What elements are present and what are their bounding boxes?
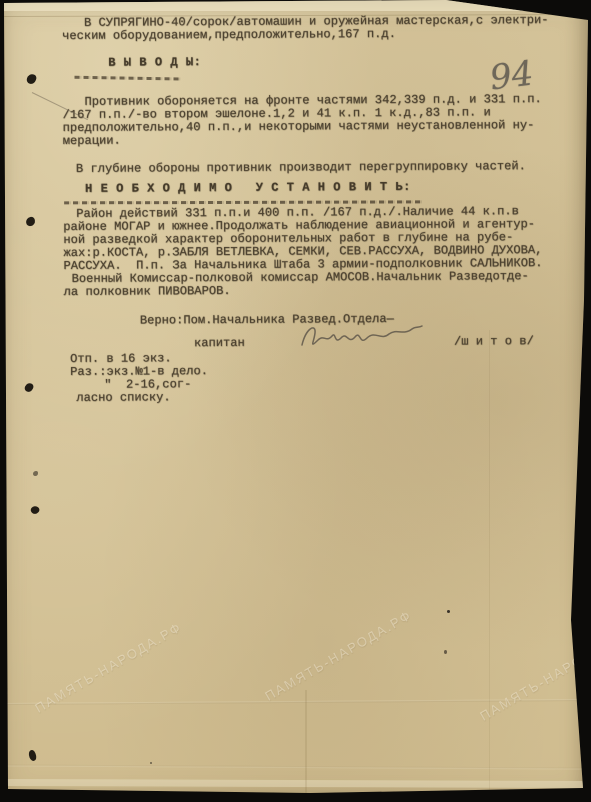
typed-name-line: /ш и т о в/ — [454, 335, 534, 348]
heading-underline — [64, 200, 422, 204]
handwritten-page-number: 94 — [488, 54, 536, 99]
typed-line: /ш и т о в/ — [454, 335, 534, 348]
watermark-text: ПАМЯТЬ-НАРОДА.РФ — [477, 627, 591, 723]
copies-block: Отп. в 16 экз. Раз.:экз.№1-в дело. " 2-1… — [70, 352, 208, 405]
heading-text: В Ы В О Д Ы: — [108, 56, 201, 70]
horizontal-crease — [0, 764, 591, 769]
ink-speck — [150, 762, 152, 764]
paragraph-enemy: Противник обороняется на фронте частями … — [62, 93, 542, 148]
heading-conclusions: В Ы В О Д Ы: — [108, 56, 201, 70]
signature-stroke — [296, 318, 426, 358]
handwritten-signature — [296, 318, 426, 363]
ink-blot — [27, 749, 38, 762]
rank-line: капитан — [194, 337, 245, 350]
heading-establish: Н Е О Б Х О Д И М О У С Т А Н О В И Т Ь: — [85, 181, 411, 196]
paper-top-edge — [0, 0, 591, 11]
punch-hole — [26, 73, 38, 85]
vertical-crease — [305, 690, 307, 795]
punch-hole — [33, 471, 38, 476]
typed-line: В глубине обороны противник производит п… — [63, 160, 526, 176]
punch-hole — [25, 216, 35, 226]
punch-hole — [24, 382, 35, 393]
typed-line: ласно списку. — [70, 391, 208, 405]
scanned-document: ПАМЯТЬ-НАРОДА.РФ ПАМЯТЬ-НАРОДА.РФ ПАМЯТЬ… — [0, 0, 591, 802]
typed-line: ла полковник ПИВОВАРОВ. — [64, 283, 543, 299]
typed-line: капитан — [194, 337, 245, 350]
typed-line: ческим оборудованием,предположительно,16… — [62, 27, 549, 43]
typed-line: мерации. — [63, 132, 542, 148]
paragraph-depth: В глубине обороны противник производит п… — [63, 160, 526, 176]
heading-underline — [74, 76, 180, 81]
watermark-text: ПАМЯТЬ-НАРОДА.РФ — [262, 607, 414, 703]
paragraph-intro: В СУПРЯГИНО-40/сорок/автомашин и оружейн… — [62, 14, 549, 43]
ink-speck — [444, 650, 447, 654]
ink-speck — [447, 610, 450, 613]
heading-text: Н Е О Б Х О Д И М О У С Т А Н О В И Т Ь: — [85, 181, 411, 196]
punch-hole — [29, 504, 40, 515]
paper-sheet: ПАМЯТЬ-НАРОДА.РФ ПАМЯТЬ-НАРОДА.РФ ПАМЯТЬ… — [0, 0, 591, 802]
paper-bottom-edge — [6, 779, 586, 788]
paragraph-tasks: Район действий 331 п.п.и 400 п.п. /167 п… — [63, 205, 543, 299]
